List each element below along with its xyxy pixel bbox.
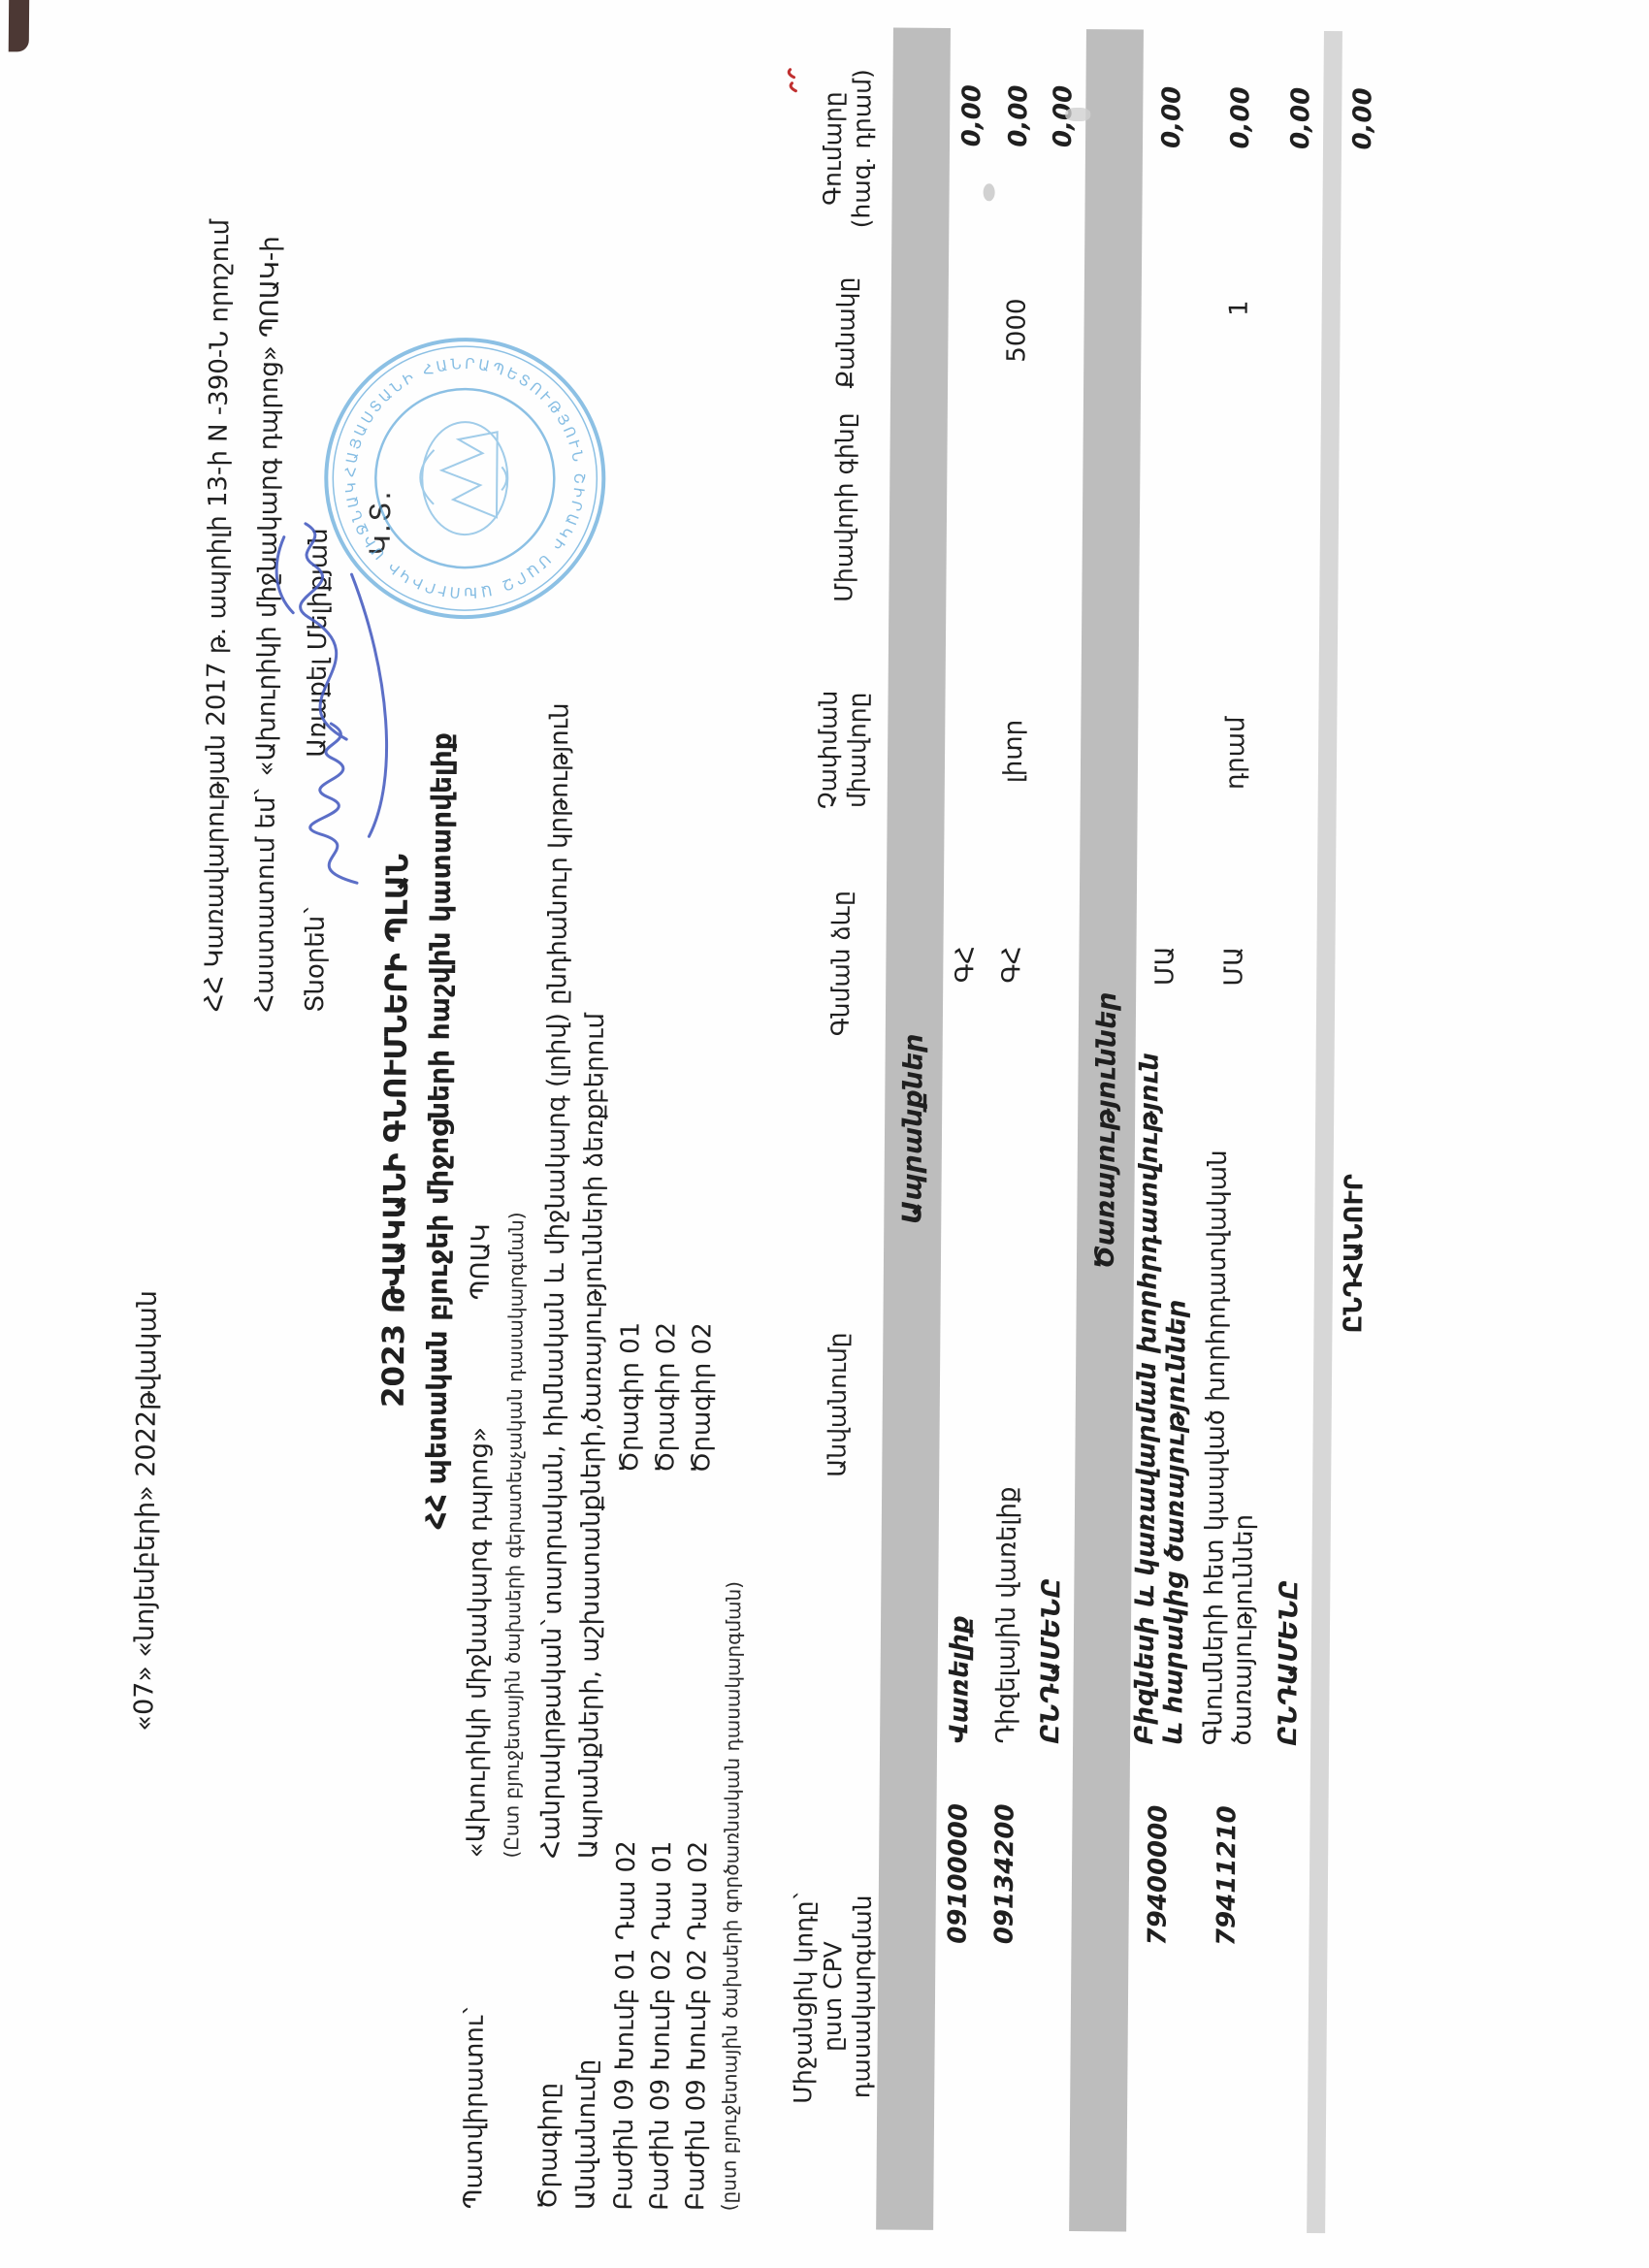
- name-row-label: Անվանումը: [571, 1859, 603, 2210]
- cell-empty: [1026, 1766, 1073, 2231]
- cell-empty: [1264, 1767, 1310, 2233]
- cell-empty: [1278, 274, 1322, 400]
- col-header-cpv: Միջանցիկ կոդը` ըստ CPV դասակարգման: [787, 1764, 880, 2230]
- quantity: 1: [1201, 273, 1279, 400]
- name-row: Անվանումը Ապրանքների, աշխատանքների,ծառայ…: [571, 367, 615, 2210]
- item-name: Բիզնեսի և կառավարման խորհրդատվություն և …: [1130, 1049, 1196, 1766]
- item-name: Վառելիք: [937, 1047, 989, 1765]
- customer-info-block: Պատվիրատու` «Ախուրիկի միջնակարգ դպրոց» Պ…: [459, 366, 755, 2211]
- subtotal-label: ԸՆԴԱՄԵՆԸ: [1030, 1048, 1079, 1766]
- procurement-form: ԳՀ: [989, 882, 1037, 1047]
- classification-left: Բաժին 09 Խումբ 02 Դաս 02: [681, 1474, 716, 2211]
- procurement-plan-table: Միջանցիկ կոդը` ըստ CPV դասակարգման Անվան…: [787, 27, 1387, 2234]
- name-row-value: Ապրանքների, աշխատանքների,ծառայություններ…: [574, 1013, 610, 1859]
- rotated-document: «07» «նոյեմբերի» 2022թվական ՀՀ Կառավարու…: [0, 0, 1649, 2268]
- amount: 0,00: [949, 28, 997, 271]
- cell-empty: [1277, 400, 1321, 623]
- col-header-amount: Գումարը (հազ. դրամ): [802, 27, 893, 271]
- program-label: Ծրագիրը: [533, 1859, 566, 2210]
- amount: 0,00: [1202, 30, 1281, 274]
- government-decree-line: ՀՀ Կառավարության 2017 թ. ապրիլի 13-ի N -…: [200, 81, 237, 1012]
- cpv-code: 09100000: [933, 1765, 984, 2230]
- scan-corner-artifact: [9, 0, 29, 52]
- classification-left: Բաժին 09 Խումբ 02 Դաս 01: [645, 1474, 680, 2211]
- departmental-classification-note: (Ըստ բյուջետային ծախսերի գերատեսչական դա…: [500, 366, 534, 1858]
- cell-empty: [1275, 623, 1319, 885]
- col-header-qty: Քանակը: [801, 270, 891, 397]
- amount: 0,00: [995, 28, 1044, 271]
- unit-price: [992, 397, 1041, 620]
- measurement-unit: [1137, 622, 1199, 884]
- customer-label: Պատվիրատու`: [459, 1858, 491, 2209]
- customer-name: «Ախուրիկի միջնակարգ դպրոց»: [462, 1300, 496, 1858]
- unit-price: [1139, 399, 1201, 622]
- document-date: «07» «նոյեմբերի» 2022թվական: [129, 1290, 163, 1732]
- quantity: [1141, 273, 1202, 399]
- customer-org-type: ՊՈԱԿ: [467, 1223, 497, 1300]
- subtotal-label: ԸՆԴԱՄԵՆԸ: [1268, 1050, 1316, 1767]
- cpv-code: 79400000: [1126, 1766, 1190, 2231]
- classification-line: Բաժին 09 Խումբ 01 Դաս 02 Ծրագիր 01: [609, 367, 653, 2210]
- measurement-unit: դրամ: [1197, 622, 1277, 885]
- classification-right: Ծրագիր 02: [651, 1322, 681, 1474]
- procurement-form: ՄԱ: [1136, 884, 1197, 1049]
- cell-empty: [1037, 621, 1082, 883]
- unit-price: [1199, 399, 1278, 623]
- measurement-unit: լիտր: [990, 620, 1039, 882]
- classification-line: Բաժին 09 Խումբ 02 Դաս 02 Ծրագիր 02: [681, 368, 725, 2211]
- subtotal-amount: 0,00: [1279, 31, 1324, 274]
- plan-table-body: Ապրանքներ09100000ՎառելիքԳՀ0,0009134200Դի…: [876, 28, 1387, 2234]
- col-header-form: Գնման ձևը: [796, 881, 887, 1047]
- quantity: 5000: [994, 271, 1042, 397]
- item-name: Դիզելային վառելիք: [984, 1047, 1036, 1765]
- amount: 0,00: [1142, 30, 1204, 273]
- col-header-unit: Չափման միավորը: [797, 619, 889, 882]
- document-sheet: «07» «նոյեմբերի» 2022թվական ՀՀ Կառավարու…: [0, 0, 1649, 2268]
- program-value: Հանրակրթական`տարրական, հիմնական և միջնակ…: [536, 702, 574, 1859]
- unit-price: [946, 397, 994, 620]
- director-label: Տնօրեն`: [301, 903, 331, 1013]
- cell-empty: [1041, 272, 1084, 398]
- customer-row: Պատվիրատու` «Ախուրիկի միջնակարգ դպրոց» Պ…: [459, 366, 502, 2209]
- cell-empty: [1273, 885, 1316, 1050]
- cell-empty: [1036, 883, 1080, 1048]
- red-pen-marks: [780, 58, 803, 97]
- cpv-code: 79411210: [1186, 1766, 1268, 2233]
- classification-line: Բաժին 09 Խումբ 02 Դաս 01 Ծրագիր 02: [645, 368, 689, 2211]
- cell-empty: [1039, 398, 1083, 621]
- col-header-name: Անվանումը: [791, 1046, 886, 1765]
- scan-smudge-artifact: [984, 183, 995, 201]
- scan-smudge-artifact: [1065, 108, 1090, 121]
- cpv-code: 09134200: [980, 1765, 1030, 2230]
- scanned-procurement-plan-page: «07» «նոյեմբերի» 2022թվական ՀՀ Կառավարու…: [0, 0, 1649, 2268]
- functional-classification-note: (ըստ բյուջետային ծախսերի գործառնական դաս…: [717, 368, 755, 2211]
- table-header-row: Միջանցիկ կոդը` ըստ CPV դասակարգման Անվան…: [787, 27, 893, 2230]
- procurement-form: ԳՀ: [943, 882, 990, 1047]
- classification-right: Ծրագիր 01: [615, 1322, 645, 1474]
- quantity: [948, 271, 995, 397]
- classification-left: Բաժին 09 Խումբ 01 Դաս 02: [609, 1473, 644, 2210]
- classification-right: Ծրագիր 02: [687, 1322, 717, 1474]
- col-header-price: Միավորի գինը: [799, 396, 890, 620]
- procurement-form: ՄԱ: [1195, 884, 1274, 1050]
- item-name: Գնումների հետ կապված խորհրդատվական ծառայ…: [1190, 1049, 1274, 1767]
- program-row: Ծրագիրը Հանրակրթական`տարրական, հիմնական …: [533, 367, 577, 2210]
- grand-total-amount: 0,00: [1341, 31, 1387, 274]
- subtotal-amount: 0,00: [1042, 29, 1086, 272]
- measurement-unit: [944, 620, 992, 882]
